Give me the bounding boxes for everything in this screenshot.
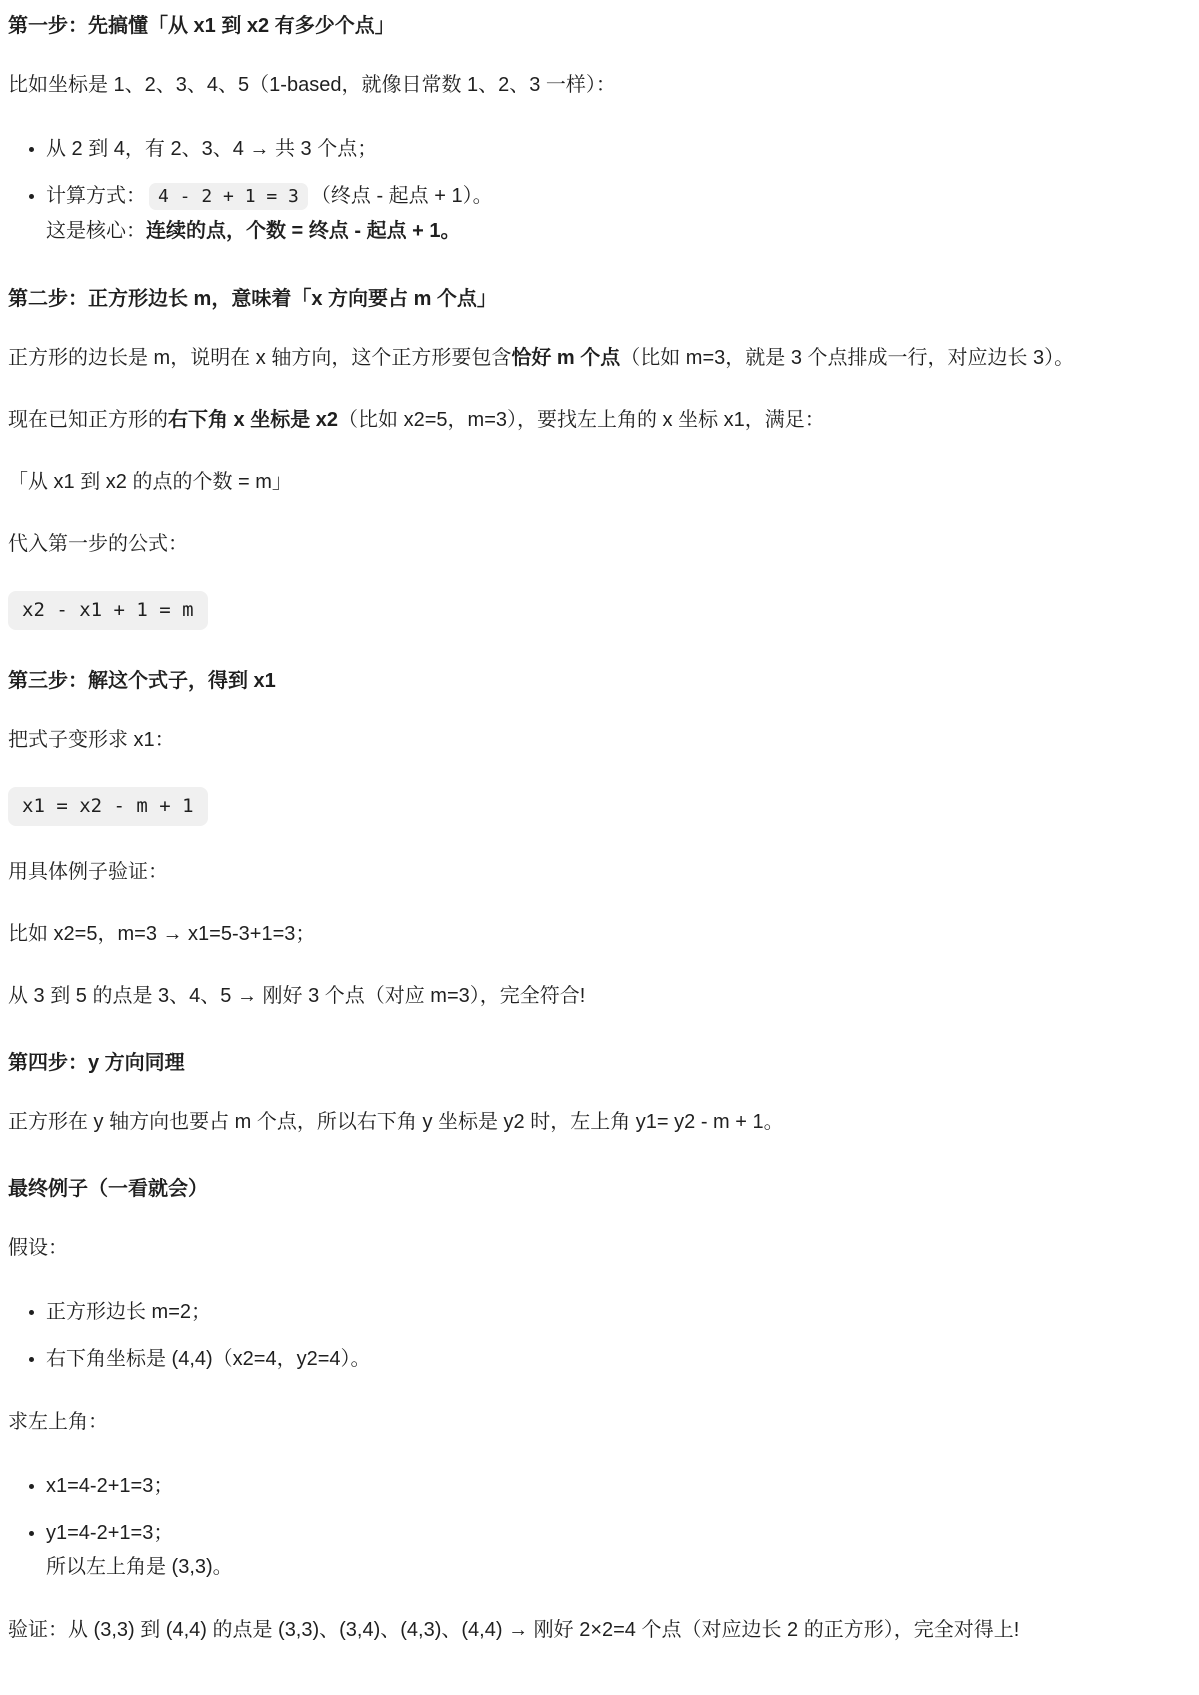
- text-run: 正方形边长 m=2；: [46, 1301, 211, 1323]
- text-run: （比如 x2=5，m=3），要找左上角的 x 坐标 x1，满足：: [338, 409, 825, 431]
- text-run: 计算方式：: [46, 185, 146, 207]
- code-text: x2 - x1 + 1 = m: [8, 591, 208, 630]
- list-item: x1=4-2+1=3；: [46, 1469, 1191, 1503]
- bullet-list-step1: 从 2 到 4，有 2、3、4 → 共 3 个点； 计算方式：4 - 2 + 1…: [8, 132, 1191, 248]
- text-run: （终点 - 起点 + 1）。: [311, 185, 493, 207]
- paragraph-step1-intro: 比如坐标是 1、2、3、4、5（1-based，就像日常数 1、2、3 一样）：: [8, 70, 1191, 101]
- bold-text: 恰好 m 个点: [511, 347, 620, 369]
- paragraph-step2-1: 正方形的边长是 m，说明在 x 轴方向，这个正方形要包含恰好 m 个点（比如 m…: [8, 343, 1191, 374]
- bold-text: 连续的点，个数 = 终点 - 起点 + 1。: [146, 220, 460, 242]
- heading-step4: 第四步：y 方向同理: [8, 1050, 1191, 1076]
- code-block-formula-1: x2 - x1 + 1 = m: [8, 591, 1191, 630]
- heading-final-example: 最终例子（一看就会）: [8, 1176, 1191, 1202]
- list-item: y1=4-2+1=3； 所以左上角是 (3,3)。: [46, 1516, 1191, 1584]
- paragraph-verify-intro: 用具体例子验证：: [8, 857, 1191, 888]
- paragraph-solve: 求左上角：: [8, 1407, 1191, 1438]
- paragraph-example: 比如 x2=5，m=3 → x1=5-3+1=3；: [8, 919, 1191, 950]
- list-item: 正方形边长 m=2；: [46, 1295, 1191, 1329]
- bold-text: 右下角 x 坐标是 x2: [168, 409, 338, 431]
- paragraph-lead-in: 代入第一步的公式：: [8, 529, 1191, 560]
- heading-step3: 第三步：解这个式子，得到 x1: [8, 668, 1191, 694]
- bullet-list-solution: x1=4-2+1=3； y1=4-2+1=3； 所以左上角是 (3,3)。: [8, 1469, 1191, 1584]
- text-run: 从 2 到 4，有 2、3、4 → 共 3 个点；: [46, 138, 377, 160]
- inline-code: 4 - 2 + 1 = 3: [149, 183, 308, 210]
- code-block-formula-2: x1 = x2 - m + 1: [8, 787, 1191, 826]
- paragraph-condition: 「从 x1 到 x2 的点的个数 = m」: [8, 467, 1191, 498]
- bullet-list-assumptions: 正方形边长 m=2； 右下角坐标是 (4,4)（x2=4，y2=4）。: [8, 1295, 1191, 1376]
- paragraph-step3-lead: 把式子变形求 x1：: [8, 725, 1191, 756]
- paragraph-step4: 正方形在 y 轴方向也要占 m 个点，所以右下角 y 坐标是 y2 时，左上角 …: [8, 1107, 1191, 1138]
- text-run: 现在已知正方形的: [8, 409, 168, 431]
- list-item: 右下角坐标是 (4,4)（x2=4，y2=4）。: [46, 1342, 1191, 1376]
- text-run: 所以左上角是 (3,3)。: [46, 1556, 233, 1578]
- text-run: y1=4-2+1=3；: [46, 1522, 173, 1544]
- text-run: 这是核心：: [46, 220, 146, 242]
- text-run: x1=4-2+1=3；: [46, 1475, 173, 1497]
- paragraph-check: 从 3 到 5 的点是 3、4、5 → 刚好 3 个点（对应 m=3），完全符合…: [8, 981, 1191, 1012]
- list-item: 从 2 到 4，有 2、3、4 → 共 3 个点；: [46, 132, 1191, 166]
- code-text: x1 = x2 - m + 1: [8, 787, 208, 826]
- paragraph-assume: 假设：: [8, 1233, 1191, 1264]
- heading-step2: 第二步：正方形边长 m，意味着「x 方向要占 m 个点」: [8, 286, 1191, 312]
- list-item: 计算方式：4 - 2 + 1 = 3（终点 - 起点 + 1）。 这是核心：连续…: [46, 179, 1191, 248]
- paragraph-step2-2: 现在已知正方形的右下角 x 坐标是 x2（比如 x2=5，m=3），要找左上角的…: [8, 405, 1191, 436]
- text-run: 右下角坐标是 (4,4)（x2=4，y2=4）。: [46, 1348, 371, 1370]
- text-run: 正方形的边长是 m，说明在 x 轴方向，这个正方形要包含: [8, 347, 511, 369]
- document: 第一步：先搞懂「从 x1 到 x2 有多少个点」 比如坐标是 1、2、3、4、5…: [0, 0, 1199, 1646]
- paragraph-verification: 验证：从 (3,3) 到 (4,4) 的点是 (3,3)、(3,4)、(4,3)…: [8, 1615, 1191, 1646]
- heading-step1: 第一步：先搞懂「从 x1 到 x2 有多少个点」: [8, 13, 1191, 39]
- text-run: （比如 m=3，就是 3 个点排成一行，对应边长 3）。: [620, 347, 1074, 369]
